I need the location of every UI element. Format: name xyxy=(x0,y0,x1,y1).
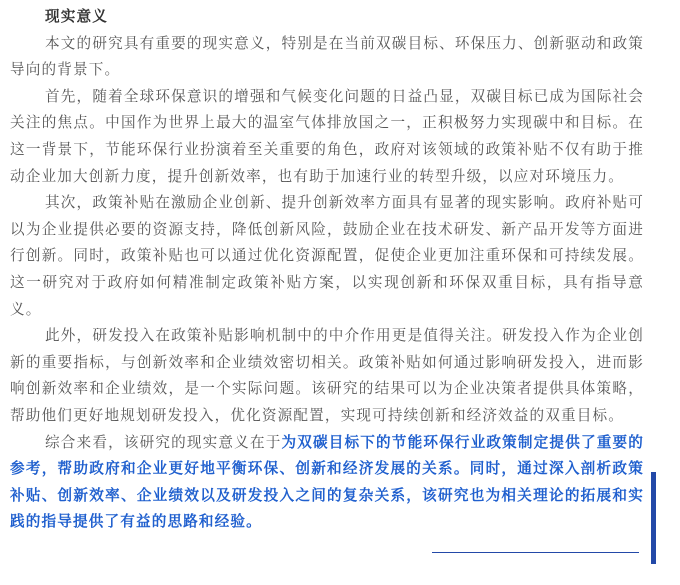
paragraph-second: 其次，政策补贴在激励企业创新、提升创新效率方面具有显著的现实影响。政府补贴可以为… xyxy=(10,190,644,323)
document-body: 现实意义 本文的研究具有重要的现实意义，特别是在当前双碳目标、环保压力、创新驱动… xyxy=(10,4,644,536)
conclusion-lead: 综合来看，该研究的现实意义在于 xyxy=(45,434,281,451)
section-title: 现实意义 xyxy=(10,4,644,31)
paragraph-first: 首先，随着全球环保意识的增强和气候变化问题的日益凸显，双碳目标已成为国际社会关注… xyxy=(10,84,644,190)
paragraph-intro: 本文的研究具有重要的现实意义，特别是在当前双碳目标、环保压力、创新驱动和政策导向… xyxy=(10,31,644,84)
decorative-horizontal-line xyxy=(432,552,639,553)
paragraph-third: 此外，研发投入在政策补贴影响机制中的中介作用更是值得关注。研发投入作为企业创新的… xyxy=(10,323,644,429)
paragraph-conclusion: 综合来看，该研究的现实意义在于为双碳目标下的节能环保行业政策制定提供了重要的参考… xyxy=(10,430,644,536)
decorative-vertical-bar xyxy=(651,472,656,564)
